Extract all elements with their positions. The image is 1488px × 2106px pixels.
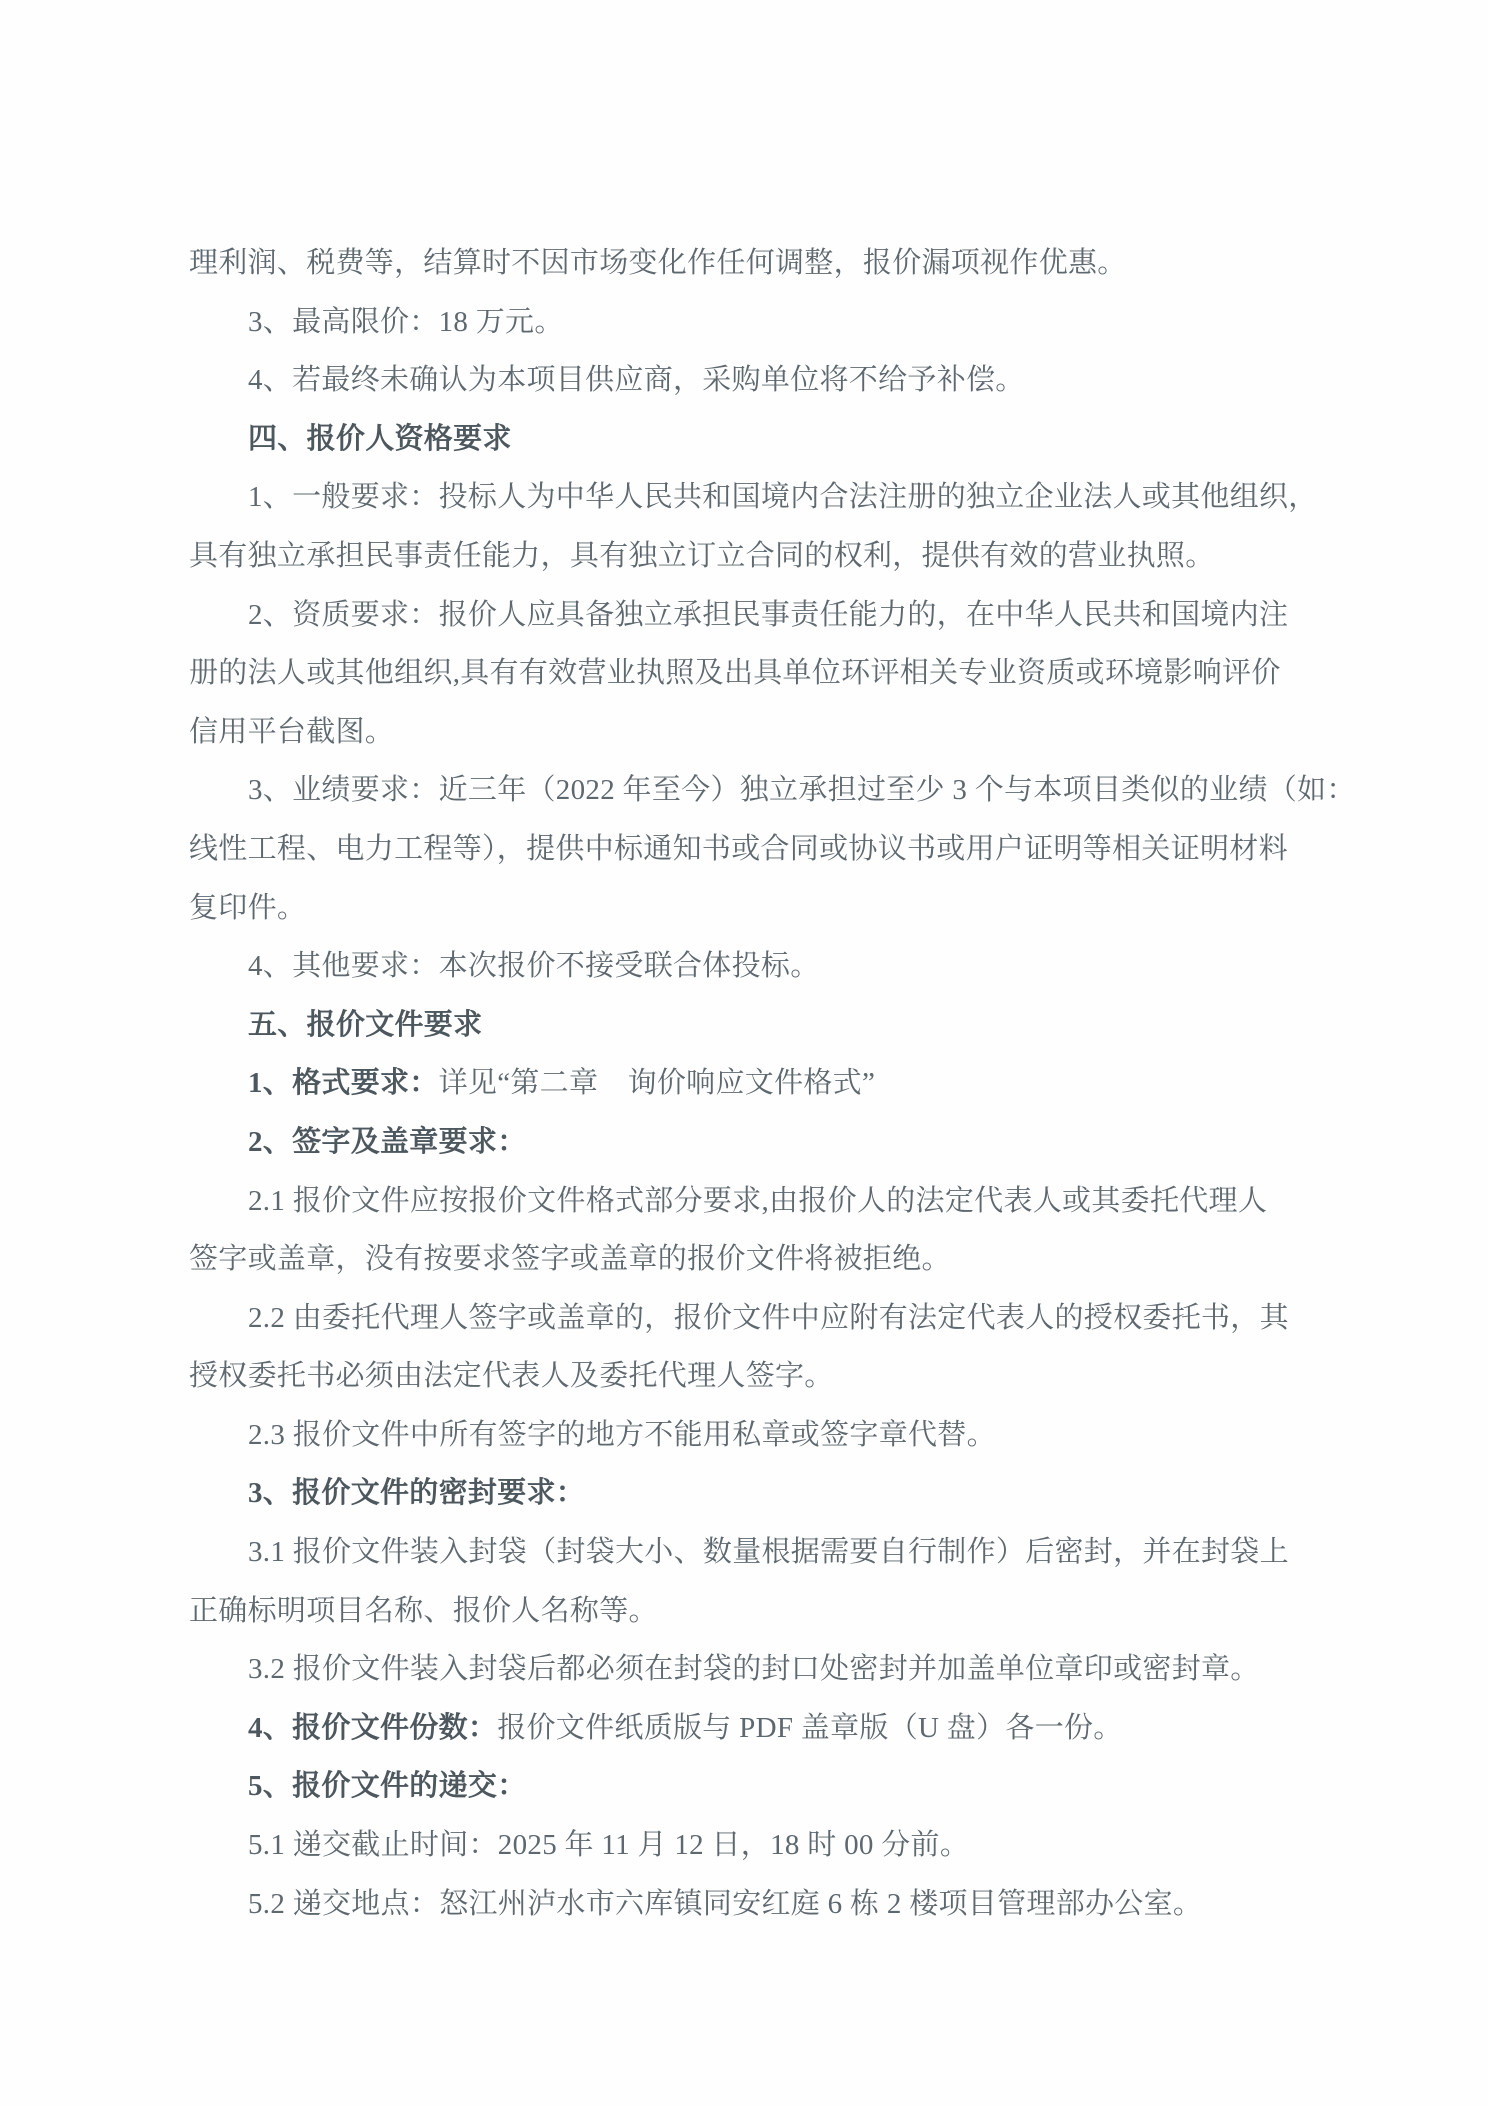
document-line: 2.3 报价文件中所有签字的地方不能用私章或签字章代替。	[189, 1406, 1364, 1465]
document-line: 1、一般要求：投标人为中华人民共和国境内合法注册的独立企业法人或其他组织，	[189, 468, 1364, 527]
document-line: 2.1 报价文件应按报价文件格式部分要求,由报价人的法定代表人或其委托代理人	[189, 1172, 1364, 1231]
text-segment: 3.2 报价文件装入封袋后都必须在封袋的封口处密封并加盖单位章印或密封章。	[248, 1653, 1260, 1685]
document-line: 3.1 报价文件装入封袋（封袋大小、数量根据需要自行制作）后密封，并在封袋上	[189, 1523, 1364, 1582]
text-segment: 签字或盖章，没有按要求签字或盖章的报价文件将被拒绝。	[189, 1243, 951, 1275]
text-segment: 1、一般要求：投标人为中华人民共和国境内合法注册的独立企业法人或其他组织，	[248, 481, 1318, 513]
text-segment: 详见“第二章 询价响应文件格式”	[439, 1067, 876, 1099]
bold-text-segment: 3、报价文件的密封要求：	[248, 1477, 585, 1509]
document-line: 5、报价文件的递交：	[189, 1757, 1364, 1816]
scanned-document-page: 理利润、税费等，结算时不因市场变化作任何调整，报价漏项视作优惠。3、最高限价：1…	[0, 0, 1488, 2106]
text-segment: 3、业绩要求：近三年（2022 年至今）独立承担过至少 3 个与本项目类似的业绩…	[248, 774, 1356, 806]
bold-text-segment: 五、报价文件要求	[248, 1009, 482, 1041]
text-segment: 复印件。	[189, 892, 306, 924]
text-segment: 2.3 报价文件中所有签字的地方不能用私章或签字章代替。	[248, 1419, 996, 1451]
document-line: 4、其他要求：本次报价不接受联合体投标。	[189, 937, 1364, 996]
document-line: 理利润、税费等，结算时不因市场变化作任何调整，报价漏项视作优惠。	[189, 234, 1364, 293]
text-segment: 5.1 递交截止时间：2025 年 11 月 12 日，18 时 00 分前。	[248, 1829, 969, 1861]
bold-text-segment: 1、格式要求：	[248, 1067, 439, 1099]
bold-text-segment: 5、报价文件的递交：	[248, 1770, 527, 1802]
document-line: 3、最高限价：18 万元。	[189, 293, 1364, 352]
text-segment: 4、若最终未确认为本项目供应商，采购单位将不给予补偿。	[248, 364, 1025, 396]
text-segment: 3.1 报价文件装入封袋（封袋大小、数量根据需要自行制作）后密封，并在封袋上	[248, 1536, 1289, 1568]
document-line: 具有独立承担民事责任能力，具有独立订立合同的权利，提供有效的营业执照。	[189, 527, 1364, 586]
document-line: 3、报价文件的密封要求：	[189, 1464, 1364, 1523]
text-segment: 2.1 报价文件应按报价文件格式部分要求,由报价人的法定代表人或其委托代理人	[248, 1185, 1267, 1217]
document-line: 1、格式要求：详见“第二章 询价响应文件格式”	[189, 1054, 1364, 1113]
text-segment: 线性工程、电力工程等），提供中标通知书或合同或协议书或用户证明等相关证明材料	[189, 833, 1288, 865]
text-segment: 册的法人或其他组织,具有有效营业执照及出具单位环评相关专业资质或环境影响评价	[189, 657, 1281, 689]
document-line: 4、报价文件份数：报价文件纸质版与 PDF 盖章版（U 盘）各一份。	[189, 1699, 1364, 1758]
document-line: 授权委托书必须由法定代表人及委托代理人签字。	[189, 1347, 1364, 1406]
text-segment: 理利润、税费等，结算时不因市场变化作任何调整，报价漏项视作优惠。	[189, 247, 1127, 279]
document-line: 5.1 递交截止时间：2025 年 11 月 12 日，18 时 00 分前。	[189, 1816, 1364, 1875]
document-line: 正确标明项目名称、报价人名称等。	[189, 1582, 1364, 1641]
document-line: 3.2 报价文件装入封袋后都必须在封袋的封口处密封并加盖单位章印或密封章。	[189, 1640, 1364, 1699]
document-line: 五、报价文件要求	[189, 996, 1364, 1055]
text-segment: 具有独立承担民事责任能力，具有独立订立合同的权利，提供有效的营业执照。	[189, 540, 1215, 572]
document-line: 四、报价人资格要求	[189, 410, 1364, 469]
document-line: 2、资质要求：报价人应具备独立承担民事责任能力的，在中华人民共和国境内注	[189, 586, 1364, 645]
text-segment: 信用平台截图。	[189, 716, 394, 748]
document-text-block: 理利润、税费等，结算时不因市场变化作任何调整，报价漏项视作优惠。3、最高限价：1…	[189, 234, 1364, 1933]
bold-text-segment: 四、报价人资格要求	[248, 423, 512, 455]
text-segment: 授权委托书必须由法定代表人及委托代理人签字。	[189, 1360, 834, 1392]
document-line: 信用平台截图。	[189, 703, 1364, 762]
document-line: 4、若最终未确认为本项目供应商，采购单位将不给予补偿。	[189, 351, 1364, 410]
text-segment: 3、最高限价：18 万元。	[248, 306, 564, 338]
document-line: 册的法人或其他组织,具有有效营业执照及出具单位环评相关专业资质或环境影响评价	[189, 644, 1364, 703]
document-line: 线性工程、电力工程等），提供中标通知书或合同或协议书或用户证明等相关证明材料	[189, 820, 1364, 879]
document-line: 3、业绩要求：近三年（2022 年至今）独立承担过至少 3 个与本项目类似的业绩…	[189, 761, 1364, 820]
bold-text-segment: 4、报价文件份数：	[248, 1712, 497, 1744]
document-line: 2.2 由委托代理人签字或盖章的，报价文件中应附有法定代表人的授权委托书，其	[189, 1289, 1364, 1348]
text-segment: 正确标明项目名称、报价人名称等。	[189, 1595, 658, 1627]
document-line: 签字或盖章，没有按要求签字或盖章的报价文件将被拒绝。	[189, 1230, 1364, 1289]
text-segment: 报价文件纸质版与 PDF 盖章版（U 盘）各一份。	[497, 1712, 1122, 1744]
text-segment: 2、资质要求：报价人应具备独立承担民事责任能力的，在中华人民共和国境内注	[248, 599, 1288, 631]
bold-text-segment: 2、签字及盖章要求：	[248, 1126, 527, 1158]
document-line: 复印件。	[189, 879, 1364, 938]
text-segment: 5.2 递交地点：怒江州泸水市六库镇同安红庭 6 栋 2 楼项目管理部办公室。	[248, 1888, 1202, 1920]
text-segment: 4、其他要求：本次报价不接受联合体投标。	[248, 950, 820, 982]
document-line: 2、签字及盖章要求：	[189, 1113, 1364, 1172]
document-line: 5.2 递交地点：怒江州泸水市六库镇同安红庭 6 栋 2 楼项目管理部办公室。	[189, 1875, 1364, 1934]
text-segment: 2.2 由委托代理人签字或盖章的，报价文件中应附有法定代表人的授权委托书，其	[248, 1302, 1289, 1334]
